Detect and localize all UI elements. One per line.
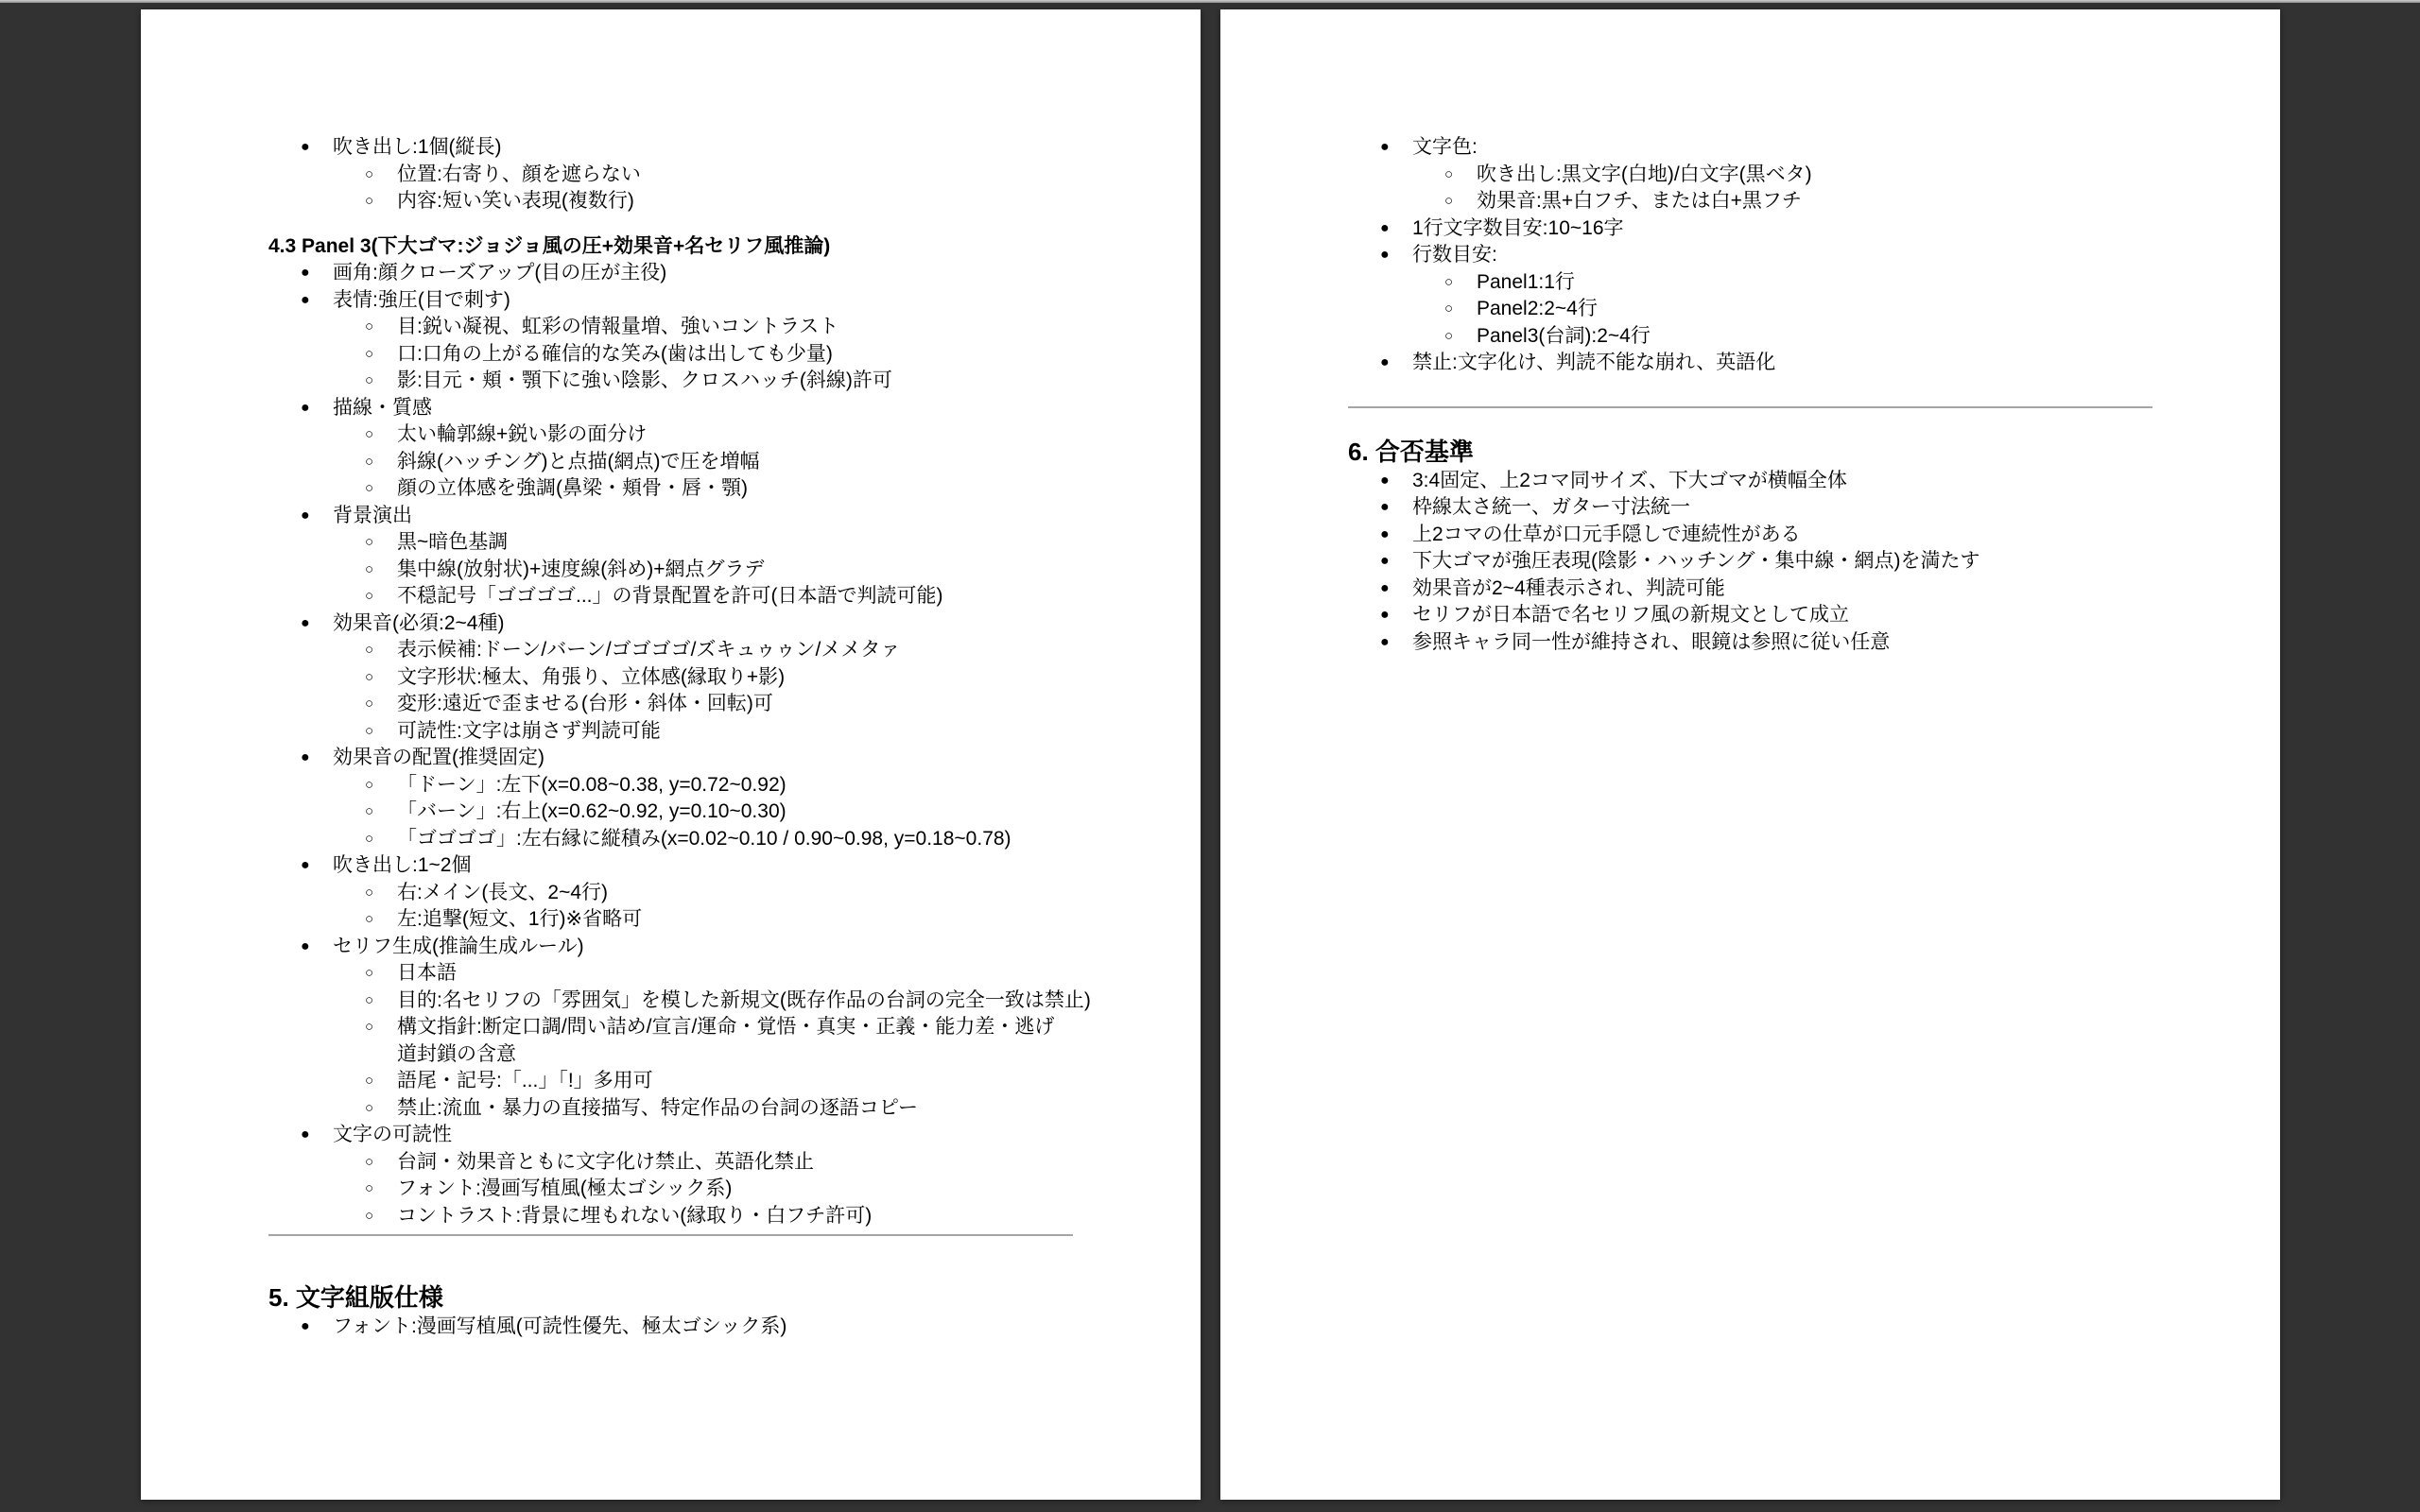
horizontal-rule bbox=[1348, 406, 2152, 408]
list-item: 行数目安: bbox=[1348, 242, 2152, 269]
list-item: 上2コマの仕草が口元手隠しで連続性がある bbox=[1348, 522, 2152, 549]
list-item: 太い輪郭線+鋭い影の面分け bbox=[268, 421, 1073, 449]
horizontal-rule bbox=[268, 1234, 1073, 1236]
bullet-list: 3:4固定、上2コマ同サイズ、下大ゴマが横幅全体枠線太さ統一、ガター寸法統一上2… bbox=[1348, 468, 2152, 657]
list-item: 目:鋭い凝視、虹彩の情報量増、強いコントラスト bbox=[268, 314, 1073, 341]
section-heading: 6. 合否基準 bbox=[1348, 436, 2152, 468]
list-item: 内容:短い笑い表現(複数行) bbox=[268, 188, 1073, 215]
document-viewer: 吹き出し:1個(縦長)位置:右寄り、顔を遮らない内容:短い笑い表現(複数行)4.… bbox=[0, 0, 2420, 1512]
bullet-list: 画角:顔クローズアップ(目の圧が主役)表情:強圧(目で刺す)目:鋭い凝視、虹彩の… bbox=[268, 260, 1073, 1229]
list-item: Panel3(台詞):2~4行 bbox=[1348, 323, 2152, 351]
list-item: 文字色: bbox=[1348, 134, 2152, 162]
list-item: 顔の立体感を強調(鼻梁・頬骨・唇・顎) bbox=[268, 475, 1073, 503]
list-item: コントラスト:背景に埋もれない(縁取り・白フチ許可) bbox=[268, 1203, 1073, 1230]
list-item: 黒~暗色基調 bbox=[268, 529, 1073, 557]
list-item: 左:追撃(短文、1行)※省略可 bbox=[268, 906, 1073, 934]
list-item: 斜線(ハッチング)と点描(網点)で圧を増幅 bbox=[268, 449, 1073, 476]
list-item: 口:口角の上がる確信的な笑み(歯は出しても少量) bbox=[268, 341, 1073, 369]
list-item: 「バーン」:右上(x=0.62~0.92, y=0.10~0.30) bbox=[268, 799, 1073, 826]
list-item: 可読性:文字は崩さず判読可能 bbox=[268, 718, 1073, 746]
list-item: セリフが日本語で名セリフ風の新規文として成立 bbox=[1348, 602, 2152, 629]
list-item: 背景演出 bbox=[268, 503, 1073, 530]
bullet-list: フォント:漫画写植風(可読性優先、極太ゴシック系) bbox=[268, 1314, 1073, 1341]
bullet-list: 吹き出し:1個(縦長)位置:右寄り、顔を遮らない内容:短い笑い表現(複数行) bbox=[268, 134, 1073, 215]
bullet-list: 文字色:吹き出し:黒文字(白地)/白文字(黒ベタ)効果音:黒+白フチ、または白+… bbox=[1348, 134, 2152, 377]
list-item: Panel1:1行 bbox=[1348, 269, 2152, 297]
list-item: 効果音の配置(推奨固定) bbox=[268, 745, 1073, 772]
list-item: 文字の可読性 bbox=[268, 1122, 1073, 1149]
list-item: 変形:遠近で歪ませる(台形・斜体・回転)可 bbox=[268, 691, 1073, 718]
list-item: 描線・質感 bbox=[268, 395, 1073, 422]
list-item: 文字形状:極太、角張り、立体感(縁取り+影) bbox=[268, 664, 1073, 692]
list-item: 構文指針:断定口調/問い詰め/宣言/運命・覚悟・真実・正義・能力差・逃げ 道封鎖… bbox=[268, 1014, 1073, 1068]
list-item: 効果音が2~4種表示され、判読可能 bbox=[1348, 576, 2152, 603]
list-item: 吹き出し:1個(縦長) bbox=[268, 134, 1073, 162]
list-item: 吹き出し:1~2個 bbox=[268, 852, 1073, 880]
document-page-right[interactable]: 文字色:吹き出し:黒文字(白地)/白文字(黒ベタ)効果音:黒+白フチ、または白+… bbox=[1220, 9, 2280, 1500]
list-item: 位置:右寄り、顔を遮らない bbox=[268, 162, 1073, 189]
viewer-top-edge bbox=[0, 0, 2420, 3]
list-item: 「ゴゴゴゴ」:左右縁に縦積み(x=0.02~0.10 / 0.90~0.98, … bbox=[268, 826, 1073, 853]
document-page-left[interactable]: 吹き出し:1個(縦長)位置:右寄り、顔を遮らない内容:短い笑い表現(複数行)4.… bbox=[141, 9, 1201, 1500]
list-item: 参照キャラ同一性が維持され、眼鏡は参照に従い任意 bbox=[1348, 629, 2152, 657]
list-item: 目的:名セリフの「雰囲気」を模した新規文(既存作品の台詞の完全一致は禁止) bbox=[268, 988, 1073, 1015]
list-item: 吹き出し:黒文字(白地)/白文字(黒ベタ) bbox=[1348, 162, 2152, 189]
list-item: 不穏記号「ゴゴゴゴ...」の背景配置を許可(日本語で判読可能) bbox=[268, 583, 1073, 610]
list-item: フォント:漫画写植風(可読性優先、極太ゴシック系) bbox=[268, 1314, 1073, 1341]
list-item: 画角:顔クローズアップ(目の圧が主役) bbox=[268, 260, 1073, 287]
list-item: 影:目元・頬・顎下に強い陰影、クロスハッチ(斜線)許可 bbox=[268, 368, 1073, 395]
list-item: 集中線(放射状)+速度線(斜め)+網点グラデ bbox=[268, 557, 1073, 584]
list-item: 日本語 bbox=[268, 960, 1073, 988]
section-heading: 5. 文字組版仕様 bbox=[268, 1281, 1073, 1314]
list-item: 右:メイン(長文、2~4行) bbox=[268, 880, 1073, 907]
list-item: 「ドーン」:左下(x=0.08~0.38, y=0.72~0.92) bbox=[268, 772, 1073, 799]
list-item: 効果音(必須:2~4種) bbox=[268, 610, 1073, 638]
list-item: 台詞・効果音ともに文字化け禁止、英語化禁止 bbox=[268, 1149, 1073, 1177]
list-item: 枠線太さ統一、ガター寸法統一 bbox=[1348, 494, 2152, 522]
list-item: 1行文字数目安:10~16字 bbox=[1348, 215, 2152, 243]
list-item: 禁止:流血・暴力の直接描写、特定作品の台詞の逐語コピー bbox=[268, 1095, 1073, 1123]
list-item: フォント:漫画写植風(極太ゴシック系) bbox=[268, 1176, 1073, 1203]
subsection-heading: 4.3 Panel 3(下大ゴマ:ジョジョ風の圧+効果音+名セリフ風推論) bbox=[268, 233, 1073, 261]
list-item: 語尾・記号:「...」「!」多用可 bbox=[268, 1068, 1073, 1095]
list-item: 効果音:黒+白フチ、または白+黒フチ bbox=[1348, 188, 2152, 215]
list-item: 表示候補:ドーン/バーン/ゴゴゴゴ/ズキュゥゥン/メメタァ bbox=[268, 637, 1073, 664]
list-item: セリフ生成(推論生成ルール) bbox=[268, 934, 1073, 961]
list-item: 3:4固定、上2コマ同サイズ、下大ゴマが横幅全体 bbox=[1348, 468, 2152, 495]
list-item: 禁止:文字化け、判読不能な崩れ、英語化 bbox=[1348, 350, 2152, 377]
list-item: 表情:強圧(目で刺す) bbox=[268, 287, 1073, 315]
list-item: 下大ゴマが強圧表現(陰影・ハッチング・集中線・網点)を満たす bbox=[1348, 548, 2152, 576]
list-item: Panel2:2~4行 bbox=[1348, 296, 2152, 323]
